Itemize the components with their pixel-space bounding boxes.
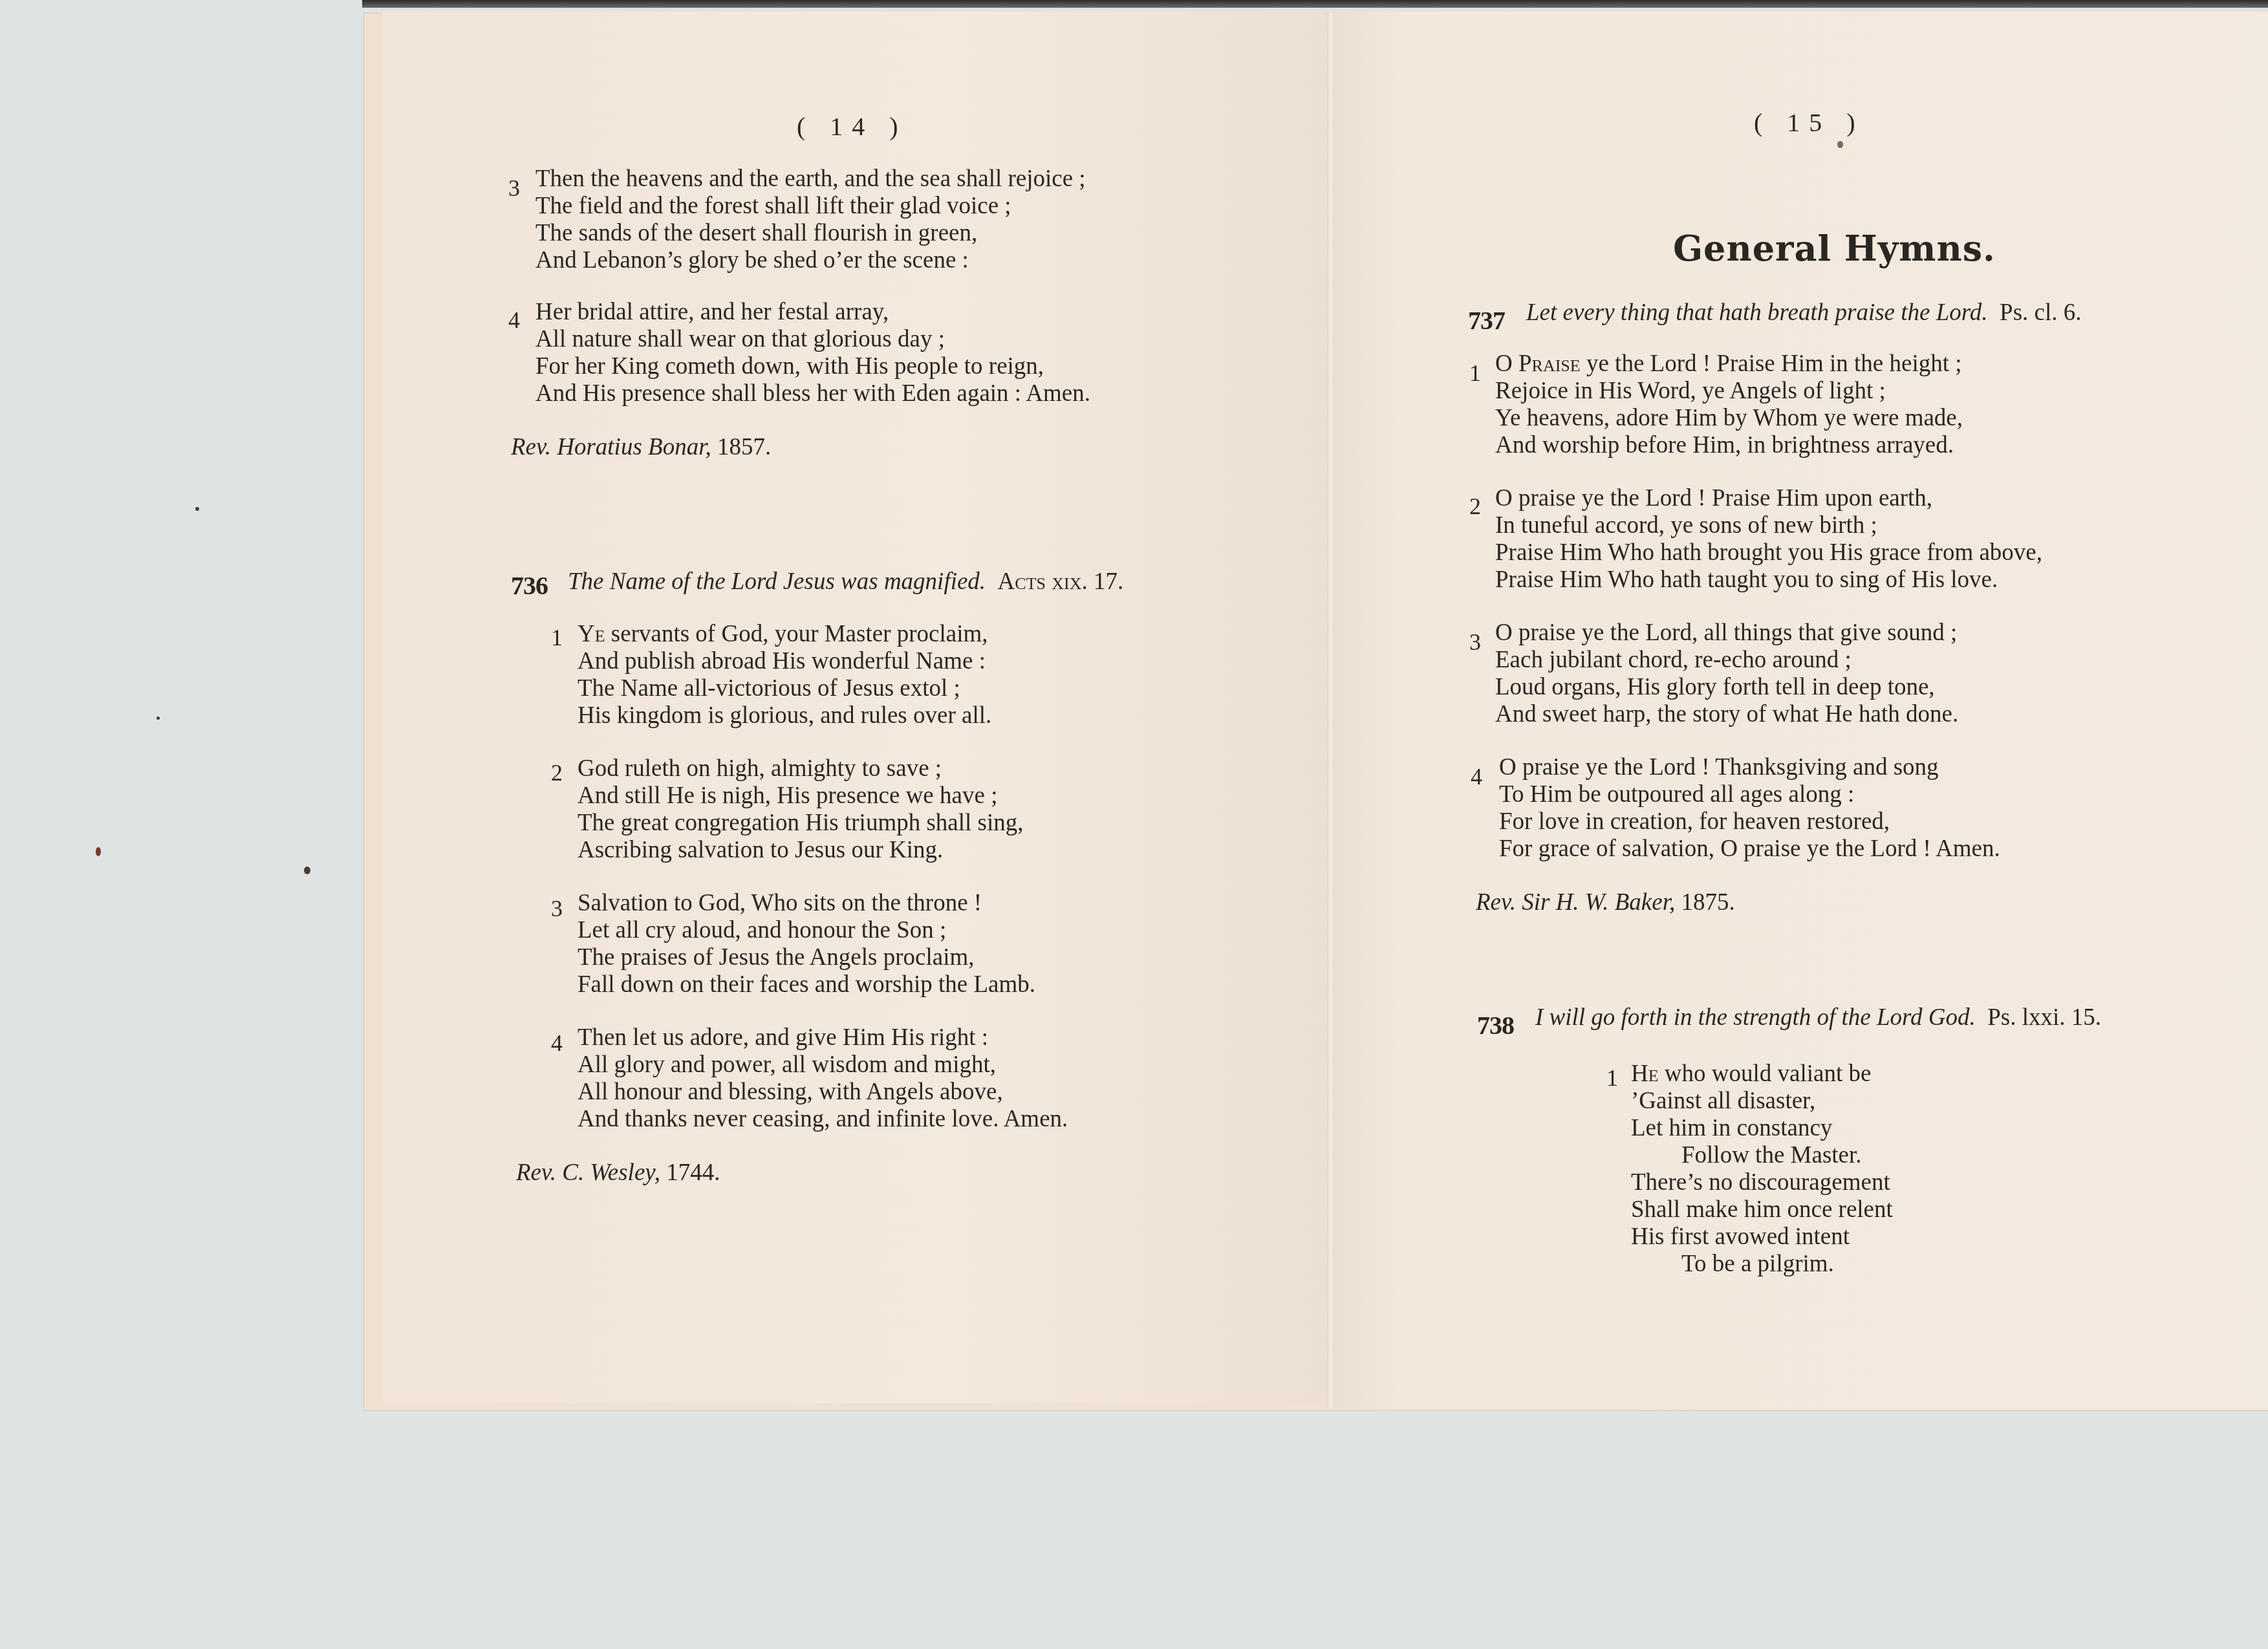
verse-line: God ruleth on high, almighty to save ; xyxy=(578,755,942,782)
verse-number: 1 xyxy=(1469,360,1481,387)
verse-line: Her bridal attire, and her festal array, xyxy=(535,299,889,326)
verse-line: The praises of Jesus the Angels proclaim… xyxy=(578,944,974,971)
verse-line: The sands of the desert shall flourish i… xyxy=(535,220,977,247)
verse-line: His first avowed intent xyxy=(1631,1223,1850,1251)
verse-number: 4 xyxy=(508,307,520,334)
verse-line: Loud organs, His glory forth tell in dee… xyxy=(1495,674,1935,701)
scan-speck xyxy=(157,717,160,720)
verse-line: The Name all-victorious of Jesus extol ; xyxy=(578,675,960,702)
verse-line: Praise Him Who hath taught you to sing o… xyxy=(1495,566,1998,594)
page-number: ( 15 ) xyxy=(1754,107,1864,138)
verse-line: Then the heavens and the earth, and the … xyxy=(535,166,1086,193)
verse-line: Let all cry aloud, and honour the Son ; xyxy=(578,917,946,944)
verse-line: O Praise ye the Lord ! Praise Him in the… xyxy=(1495,350,1962,378)
verse-number: 2 xyxy=(551,759,563,786)
verse-line: Shall make him once relent xyxy=(1631,1196,1893,1223)
hymn-attribution: Rev. Sir H. W. Baker, 1875. xyxy=(1476,889,1735,916)
verse-line: Follow the Master. xyxy=(1681,1142,1862,1169)
verse-number: 1 xyxy=(1606,1064,1618,1092)
hymn-number: 737 xyxy=(1468,305,1505,336)
hymn-number: 736 xyxy=(511,570,548,601)
verse-line: To Him be outpoured all ages along : xyxy=(1499,781,1854,808)
page-number: ( 14 ) xyxy=(797,111,907,142)
scan-speck xyxy=(195,507,199,511)
hymn-heading: The Name of the Lord Jesus was magnified… xyxy=(568,568,1123,596)
verse-line: O praise ye the Lord ! Thanksgiving and … xyxy=(1499,754,1939,781)
verse-line: For grace of salvation, O praise ye the … xyxy=(1499,835,2000,863)
verse-number: 1 xyxy=(551,624,563,651)
verse-line: All nature shall wear on that glorious d… xyxy=(535,326,945,353)
hymn-attribution: Rev. C. Wesley, 1744. xyxy=(516,1159,720,1187)
verse-line: For love in creation, for heaven restore… xyxy=(1499,808,1890,835)
section-title: General Hymns. xyxy=(1673,228,1996,269)
verse-line: O praise ye the Lord ! Praise Him upon e… xyxy=(1495,485,1932,512)
verse-line: For her King cometh down, with His peopl… xyxy=(535,353,1044,380)
scanner-edge xyxy=(362,0,2268,8)
verse-line: Salvation to God, Who sits on the throne… xyxy=(578,890,982,917)
verse-line: And worship before Him, in brightness ar… xyxy=(1495,432,1954,459)
verse-line: Ye servants of God, your Master proclaim… xyxy=(578,621,988,648)
verse-line: Each jubilant chord, re-echo around ; xyxy=(1495,647,1852,674)
paper-blemish xyxy=(1837,141,1843,148)
verse-line: Fall down on their faces and worship the… xyxy=(578,971,1035,998)
verse-number: 3 xyxy=(551,895,563,922)
verse-line: Then let us adore, and give Him His righ… xyxy=(578,1024,988,1051)
verse-line: ’Gainst all disaster, xyxy=(1631,1088,1815,1115)
hymn-attribution: Rev. Horatius Bonar, 1857. xyxy=(511,433,771,461)
verse-line: And thanks never ceasing, and infinite l… xyxy=(578,1106,1068,1133)
verse-line: In tuneful accord, ye sons of new birth … xyxy=(1495,512,1877,539)
verse-line: All glory and power, all wisdom and migh… xyxy=(578,1051,996,1079)
verse-line: And publish abroad His wonderful Name : xyxy=(578,648,986,675)
verse-line: Praise Him Who hath brought you His grac… xyxy=(1495,539,2042,566)
verse-number: 4 xyxy=(1471,763,1482,790)
verse-number: 4 xyxy=(551,1029,563,1057)
verse-line: Ye heavens, adore Him by Whom ye were ma… xyxy=(1495,405,1963,432)
verse-number: 3 xyxy=(1469,629,1481,656)
verse-line: His kingdom is glorious, and rules over … xyxy=(578,702,991,729)
verse-line: All honour and blessing, with Angels abo… xyxy=(578,1079,1003,1106)
verse-line: To be a pilgrim. xyxy=(1681,1251,1834,1278)
verse-line: Ascribing salvation to Jesus our King. xyxy=(578,837,943,864)
verse-line: Rejoice in His Word, ye Angels of light … xyxy=(1495,378,1886,405)
verse-number: 3 xyxy=(508,175,520,202)
verse-line: And His presence shall bless her with Ed… xyxy=(535,380,1090,407)
verse-line: And sweet harp, the story of what He hat… xyxy=(1495,701,1958,728)
verse-line: There’s no discouragement xyxy=(1631,1169,1890,1196)
scan-speck xyxy=(304,867,310,874)
verse-line: And Lebanon’s glory be shed o’er the sce… xyxy=(535,247,969,274)
verse-line: Let him in constancy xyxy=(1631,1115,1832,1142)
hymn-heading: I will go forth in the strength of the L… xyxy=(1535,1004,2101,1031)
scan-speck xyxy=(96,847,101,856)
verse-line: O praise ye the Lord, all things that gi… xyxy=(1495,620,1957,647)
hymn-number: 738 xyxy=(1477,1010,1514,1040)
verse-number: 2 xyxy=(1469,493,1481,520)
verse-line: The great congregation His triumph shall… xyxy=(578,810,1024,837)
verse-line: He who would valiant be xyxy=(1631,1061,1871,1088)
verse-line: And still He is nigh, His presence we ha… xyxy=(578,782,997,810)
hymn-heading: Let every thing that hath breath praise … xyxy=(1526,299,2082,327)
verse-line: The field and the forest shall lift thei… xyxy=(535,193,1011,220)
